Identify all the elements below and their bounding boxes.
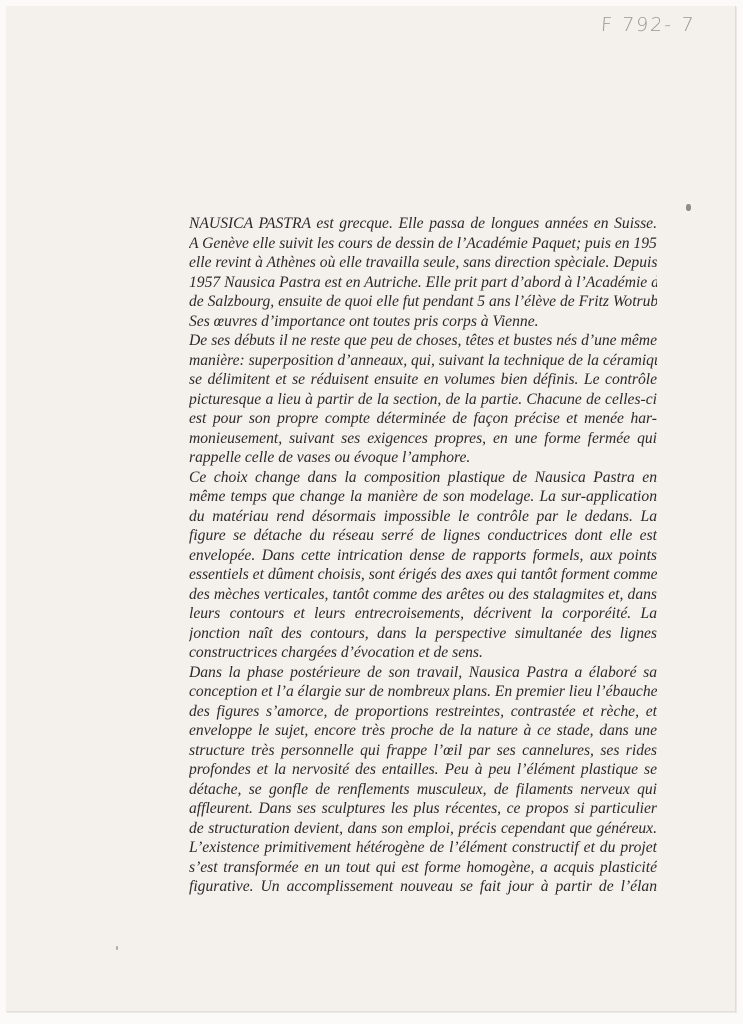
text-line: A Genève elle suivit les cours de dessin… <box>189 234 657 254</box>
text-line: profondes et la nervosité des entailles.… <box>189 760 657 780</box>
text-line: structure très personnelle qui frappe l’… <box>189 741 657 761</box>
text-line: conception et l’a élargie sur de nombreu… <box>189 682 657 702</box>
text-line: picturesque a lieu à partir de la sectio… <box>189 390 657 410</box>
text-line: De ses débuts il ne reste que peu de cho… <box>189 331 657 351</box>
text-line: NAUSICA PASTRA est grecque. Elle passa d… <box>189 214 657 234</box>
text-line: envelopée. Dans cette intrication dense … <box>189 546 657 566</box>
text-line: s’est transformée en un tout qui est for… <box>189 858 657 878</box>
text-line: manière: superposition d’anneaux, qui, s… <box>189 351 657 371</box>
text-line: enveloppe le sujet, encore très proche d… <box>189 721 657 741</box>
text-line: se délimitent et se réduisent ensuite en… <box>189 370 657 390</box>
text-line: constructrices chargées d’évocation et d… <box>189 643 657 663</box>
text-line: de Salzbourg, ensuite de quoi elle fut p… <box>189 292 657 312</box>
paragraph-3: Ce choix change dans la composition plas… <box>189 468 657 663</box>
text-line: jonction naît des contours, dans la pers… <box>189 624 657 644</box>
archive-reference-number: F 792- 7 <box>600 14 696 36</box>
text-line: des figures s’amorce, de proportions res… <box>189 702 657 722</box>
text-line: figure se détache du réseau serré de lig… <box>189 526 657 546</box>
paragraph-1: NAUSICA PASTRA est grecque. Elle passa d… <box>189 214 657 331</box>
text-line: Ce choix change dans la composition plas… <box>189 468 657 488</box>
text-line: figurative. Un accomplissement nouveau s… <box>189 877 657 897</box>
text-line: de structuration devient, dans son emplo… <box>189 819 657 839</box>
text-line: monieusement, suivant ses exigences prop… <box>189 429 657 449</box>
text-line: rappelle celle de vases ou évoque l’amph… <box>189 448 657 468</box>
text-line: L’existence primitivement hétérogène de … <box>189 838 657 858</box>
paragraph-4: Dans la phase postérieure de son travail… <box>189 663 657 897</box>
text-line: même temps que change la manière de son … <box>189 487 657 507</box>
text-line: Ses œuvres d’importance ont toutes pris … <box>189 312 657 332</box>
text-line: est pour son propre compte déterminée de… <box>189 409 657 429</box>
text-line: détache, se gonfle de renflements muscul… <box>189 780 657 800</box>
text-line: du matériau rend désormais impossible le… <box>189 507 657 527</box>
paper-speck <box>116 946 118 950</box>
article-body: NAUSICA PASTRA est grecque. Elle passa d… <box>189 214 657 897</box>
text-line: affleurent. Dans ses sculptures les plus… <box>189 799 657 819</box>
paragraph-2: De ses débuts il ne reste que peu de cho… <box>189 331 657 468</box>
text-line: Dans la phase postérieure de son travail… <box>189 663 657 683</box>
text-line: elle revint à Athènes où elle travailla … <box>189 253 657 273</box>
text-line: des mèches verticales, tantôt comme des … <box>189 585 657 605</box>
text-line: essentiels et dûment choisis, sont érigé… <box>189 565 657 585</box>
text-line: leurs contours et leurs entrecroisements… <box>189 604 657 624</box>
paper-speck <box>686 204 691 211</box>
text-line: 1957 Nausica Pastra est en Autriche. Ell… <box>189 273 657 293</box>
